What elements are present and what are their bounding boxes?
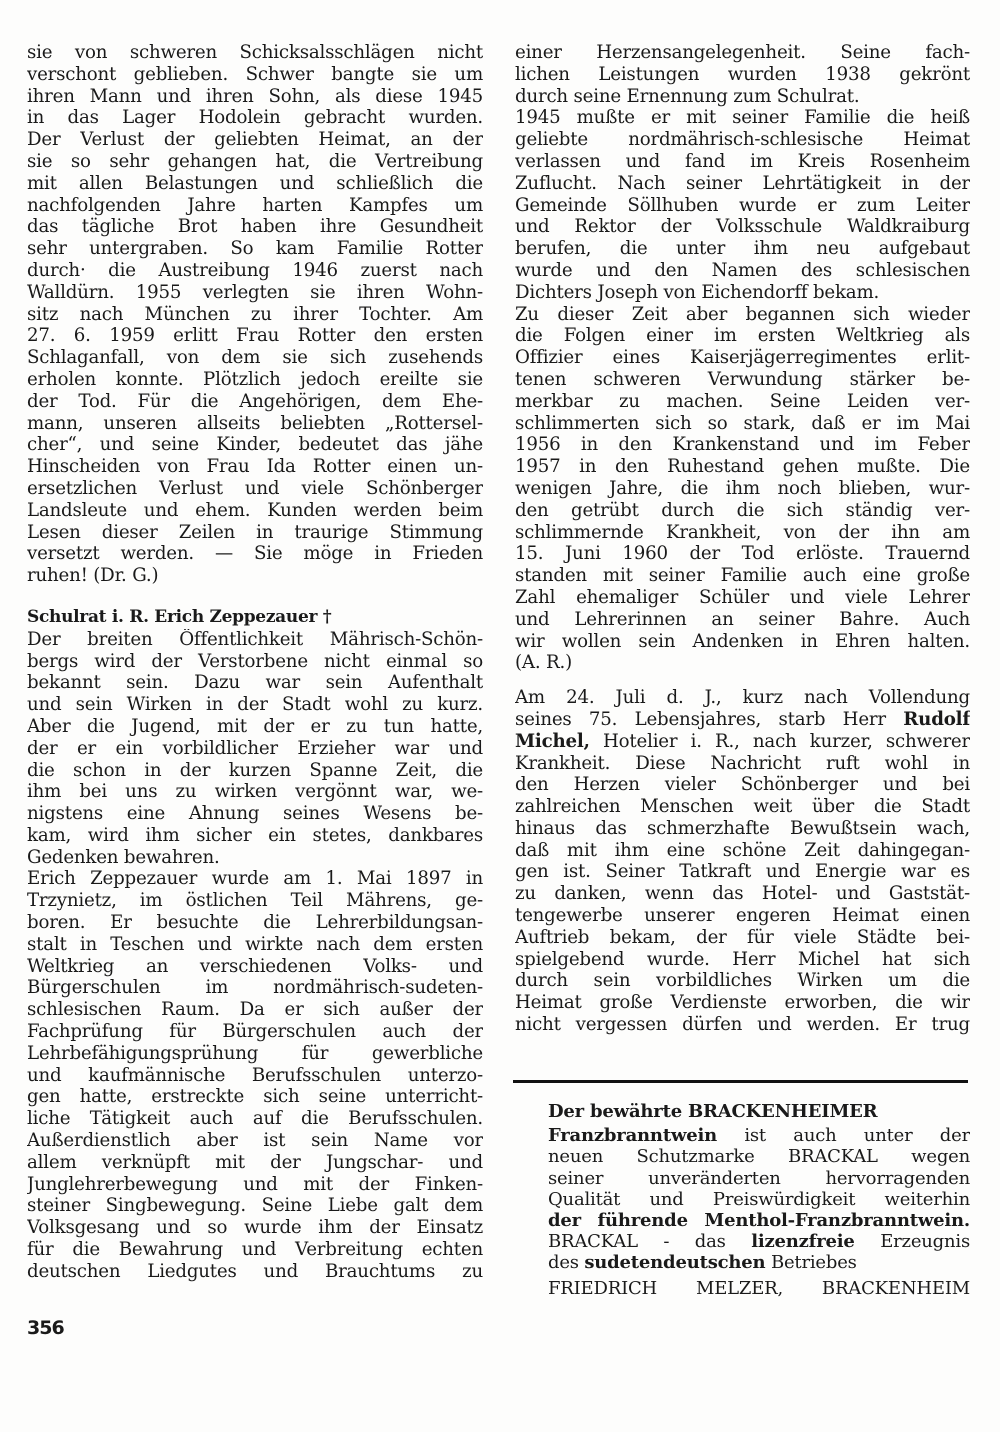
text-line: hinaus das schmerzhafte Bewußtsein wach,: [515, 818, 970, 840]
ad-line: neuen Schutzmarke BRACKAL wegen: [548, 1146, 970, 1167]
text-line: Weltkrieg an verschiedenen Volks- und: [27, 956, 483, 978]
name-bold: Rudolf: [903, 709, 970, 730]
ad-line: des sudetendeutschen Betriebes: [548, 1252, 970, 1273]
text-line: nigstens eine Ahnung seines Wesens be-: [27, 803, 483, 825]
text-line: Krankheit. Diese Nachricht ruft wohl in: [515, 753, 970, 775]
text-line: stalt in Teschen und wirkte nach dem ers…: [27, 934, 483, 956]
text-line: erholen konnte. Plötzlich jedoch ereilte…: [27, 369, 483, 391]
text-line: geliebte nordmährisch-schlesische Heimat: [515, 129, 970, 151]
text-line: die Folgen einer im ersten Weltkrieg als: [515, 325, 970, 347]
text-line: die schon in der kurzen Spanne Zeit, die: [27, 760, 483, 782]
text-line: Zu dieser Zeit aber begannen sich wieder: [515, 304, 970, 326]
left-column: sie von schweren Schicksalsschlägen nich…: [27, 42, 483, 1283]
text-line: 27. 6. 1959 erlitt Frau Rotter den erste…: [27, 325, 483, 347]
text-line: das tägliche Brot haben ihre Gesundheit: [27, 216, 483, 238]
text-line: nachfolgenden Jahre harten Kampfes um: [27, 195, 483, 217]
text-line: 1957 in den Ruhestand gehen mußte. Die: [515, 456, 970, 478]
text-line: Gedenken bewahren.: [27, 847, 483, 869]
text-line: Junglehrerbewegung und mit der Finken-: [27, 1174, 483, 1196]
text-line: Schlaganfall, von dem sie sich zusehends: [27, 347, 483, 369]
text-line: spielgebend wurde. Herr Michel hat sich: [515, 949, 970, 971]
text-line: ihm bei uns zu wirken vergönnt war, we-: [27, 781, 483, 803]
text-line: standen mit seiner Familie auch eine gro…: [515, 565, 970, 587]
text-line: bergs wird der Verstorbene nicht einmal …: [27, 651, 483, 673]
text-line: mit allen Belastungen und schließlich di…: [27, 173, 483, 195]
text-line: boren. Er besuchte die Lehrerbildungsan-: [27, 912, 483, 934]
text-line: durch· die Austreibung 1946 zuerst nach: [27, 260, 483, 282]
text-line: zahlreichen Menschen weit über die Stadt: [515, 796, 970, 818]
text-line: Walldürn. 1955 verlegten sie ihren Wohn-: [27, 282, 483, 304]
text-line: allem verknüpft mit der Jungschar- und: [27, 1152, 483, 1174]
text-line: tenen schweren Verwundung stärker be-: [515, 369, 970, 391]
ad-bold: sudetendeutschen: [584, 1252, 765, 1273]
text-run: Betriebes: [765, 1252, 856, 1273]
text-line: Bürgerschulen im nordmährisch-sudeten-: [27, 977, 483, 999]
text-line: Zuflucht. Nach seiner Lehrtätigkeit in d…: [515, 173, 970, 195]
text-line: verschont geblieben. Schwer bangte sie u…: [27, 64, 483, 86]
obituary-heading: Schulrat i. R. Erich Zeppezauer †: [27, 607, 483, 629]
text-line: schlesischen Raum. Da er sich außer der: [27, 999, 483, 1021]
ad-title: Der bewährte BRACKENHEIMER: [548, 1101, 970, 1122]
separator-rule: [513, 1080, 968, 1083]
text-line: in das Lager Hodolein gebracht wurden.: [27, 107, 483, 129]
text-line: gen hatte, erstreckte sich seine unterri…: [27, 1086, 483, 1108]
text-line: Aber die Jugend, mit der er zu tun hatte…: [27, 716, 483, 738]
text-line: ihren Mann und ihren Sohn, als diese 194…: [27, 86, 483, 108]
text-line: 1945 mußte er mit seiner Familie die hei…: [515, 107, 970, 129]
text-run: seines 75. Lebensjahres, starb Herr: [515, 709, 903, 730]
text-line: sie so sehr gehangen hat, die Vertreibun…: [27, 151, 483, 173]
ad-signature: FRIEDRICH MELZER, BRACKENHEIM: [548, 1278, 970, 1299]
text-line: einer Herzensangelegenheit. Seine fach-: [515, 42, 970, 64]
text-line: verlassen und fand im Kreis Rosenheim: [515, 151, 970, 173]
text-line: der er ein vorbildlicher Erzieher war un…: [27, 738, 483, 760]
obituary-rotter-continued: sie von schweren Schicksalsschlägen nich…: [27, 42, 483, 587]
text-line: Erich Zeppezauer wurde am 1. Mai 1897 in: [27, 868, 483, 890]
text-line: kam, wird ihm sicher ein stetes, dankbar…: [27, 825, 483, 847]
text-line: berufen, die unter ihm neu aufgebaut: [515, 238, 970, 260]
obituary-zeppezauer-intro: Der breiten Öffentlichkeit Mährisch-Schö…: [27, 629, 483, 869]
text-line: nicht vergessen dürfen und werden. Er tr…: [515, 1014, 970, 1036]
text-line: schlimmernde Krankheit, von der ihn am: [515, 522, 970, 544]
text-line: Lehrbefähigungsprühung für gewerbliche: [27, 1043, 483, 1065]
text-line: bekannt sein. Dazu war sein Aufenthalt: [27, 672, 483, 694]
text-line: Trzynietz, im östlichen Teil Mährens, ge…: [27, 890, 483, 912]
text-line: Dichters Joseph von Eichendorff bekam.: [515, 282, 970, 304]
text-line: wir wollen sein Andenken in Ehren halten…: [515, 631, 970, 653]
text-run: Erzeugnis: [855, 1231, 970, 1252]
text-line: Hinscheiden von Frau Ida Rotter einen un…: [27, 456, 483, 478]
text-line: sie von schweren Schicksalsschlägen nich…: [27, 42, 483, 64]
obituary-michel: Am 24. Juli d. J., kurz nach Vollendung …: [515, 687, 970, 1036]
text-line: und Rektor der Volksschule Waldkraiburg: [515, 216, 970, 238]
text-line: Fachprüfung für Bürgerschulen auch der: [27, 1021, 483, 1043]
text-run: Hotelier i. R., nach kurzer, schwerer: [590, 731, 970, 752]
ad-line: seiner unveränderten hervorragenden: [548, 1168, 970, 1189]
text-line: Volksgesang und so wurde ihm der Einsatz: [27, 1217, 483, 1239]
text-line: deutschen Liedgutes und Brauchtums zu: [27, 1261, 483, 1283]
zeppezauer-postwar: 1945 mußte er mit seiner Familie die hei…: [515, 107, 970, 303]
text-line: und kaufmännische Berufsschulen unterzo-: [27, 1065, 483, 1087]
text-line: wenigen Jahre, die ihm noch blieben, wur…: [515, 478, 970, 500]
text-line: Der Verlust der geliebten Heimat, an der: [27, 129, 483, 151]
text-line: seines 75. Lebensjahres, starb Herr Rudo…: [515, 709, 970, 731]
obituary-zeppezauer-biography: Erich Zeppezauer wurde am 1. Mai 1897 in…: [27, 868, 483, 1282]
text-line: der Tod. Für die Angehörigen, dem Ehe-: [27, 391, 483, 413]
zeppezauer-continued: einer Herzensangelegenheit. Seine fach- …: [515, 42, 970, 107]
text-line: wurde und den Namen des schlesischen: [515, 260, 970, 282]
ad-line: BRACKAL - das lizenzfreie Erzeugnis: [548, 1231, 970, 1252]
text-line: und sein Wirken in der Stadt wohl zu kur…: [27, 694, 483, 716]
text-line: den Herzen vieler Schönberger und bei: [515, 774, 970, 796]
ad-line: Qualität und Preiswürdigkeit weiterhin: [548, 1189, 970, 1210]
text-line: lichen Leistungen wurden 1938 gekrönt: [515, 64, 970, 86]
text-line: Lesen dieser Zeilen in traurige Stimmung: [27, 522, 483, 544]
text-line: steiner Singbewegung. Seine Liebe galt d…: [27, 1195, 483, 1217]
text-line: Offizier eines Kaiserjägerregimentes erl…: [515, 347, 970, 369]
text-line: und Lehrerinnen an seiner Bahre. Auch: [515, 609, 970, 631]
text-line: schlimmerten sich so stark, daß er im Ma…: [515, 413, 970, 435]
text-line: Am 24. Juli d. J., kurz nach Vollendung: [515, 687, 970, 709]
document-page: sie von schweren Schicksalsschlägen nich…: [0, 0, 1000, 1432]
text-line: durch sein vorbildliches Wirken um die: [515, 970, 970, 992]
ad-bold: der führende Menthol-Franzbranntwein.: [548, 1210, 970, 1231]
zeppezauer-illness: Zu dieser Zeit aber begannen sich wieder…: [515, 304, 970, 675]
text-line: cher“, und seine Kinder, bedeutet das jä…: [27, 434, 483, 456]
ad-bold: lizenzfreie: [751, 1231, 854, 1252]
advertisement: Der bewährte BRACKENHEIMER Franzbranntwe…: [548, 1101, 970, 1299]
text-line: sitz nach München zu ihrer Tochter. Am: [27, 304, 483, 326]
text-line: für die Bewahrung und Verbreitung echten: [27, 1239, 483, 1261]
text-line: merkbar zu machen. Seine Leiden ver-: [515, 391, 970, 413]
text-run: des: [548, 1252, 584, 1273]
text-run: ist auch unter der: [717, 1125, 970, 1146]
text-line: liche Tätigkeit auch auf die Berufsschul…: [27, 1108, 483, 1130]
text-line: Außerdienstlich aber ist sein Name vor: [27, 1130, 483, 1152]
text-line: ruhen! (Dr. G.): [27, 565, 483, 587]
author-initials: (A. R.): [515, 652, 970, 674]
text-line: tengewerbe unserer engeren Heimat einen: [515, 905, 970, 927]
name-bold: Michel,: [515, 731, 590, 752]
text-line: Gemeinde Söllhuben wurde er zum Leiter: [515, 195, 970, 217]
ad-line: der führende Menthol-Franzbranntwein.: [548, 1210, 970, 1231]
text-line: Der breiten Öffentlichkeit Mährisch-Schö…: [27, 629, 483, 651]
ad-bold: Franzbranntwein: [548, 1125, 717, 1146]
text-line: durch seine Ernennung zum Schulrat.: [515, 86, 970, 108]
page-number: 356: [27, 1317, 64, 1339]
text-line: versetzt werden. — Sie möge in Frieden: [27, 543, 483, 565]
text-line: daß mit ihm eine schöne Zeit dahingegan-: [515, 840, 970, 862]
text-line: Heimat große Verdienste erworben, die wi…: [515, 992, 970, 1014]
text-line: zu danken, wenn das Hotel- und Gaststät-: [515, 883, 970, 905]
text-line: Landsleute und ehem. Kunden werden beim: [27, 500, 483, 522]
text-line: mann, unseren allseits beliebten „Rotter…: [27, 413, 483, 435]
text-line: 15. Juni 1960 der Tod erlöste. Trauernd: [515, 543, 970, 565]
text-line: Michel, Hotelier i. R., nach kurzer, sch…: [515, 731, 970, 753]
text-line: gen ist. Seiner Tatkraft und Energie war…: [515, 861, 970, 883]
text-line: ersetzlichen Verlust und viele Schönberg…: [27, 478, 483, 500]
right-column: einer Herzensangelegenheit. Seine fach- …: [515, 42, 970, 1036]
text-line: Zahl ehemaliger Schüler und viele Lehrer: [515, 587, 970, 609]
text-line: den getrübt durch die sich ständig ver-: [515, 500, 970, 522]
text-line: sehr untergraben. So kam Familie Rotter: [27, 238, 483, 260]
text-line: 1956 in den Krankenstand und im Feber: [515, 434, 970, 456]
text-line: Auftrieb bekam, der für viele Städte bei…: [515, 927, 970, 949]
text-run: BRACKAL - das: [548, 1231, 751, 1252]
ad-line: Franzbranntwein ist auch unter der: [548, 1125, 970, 1146]
